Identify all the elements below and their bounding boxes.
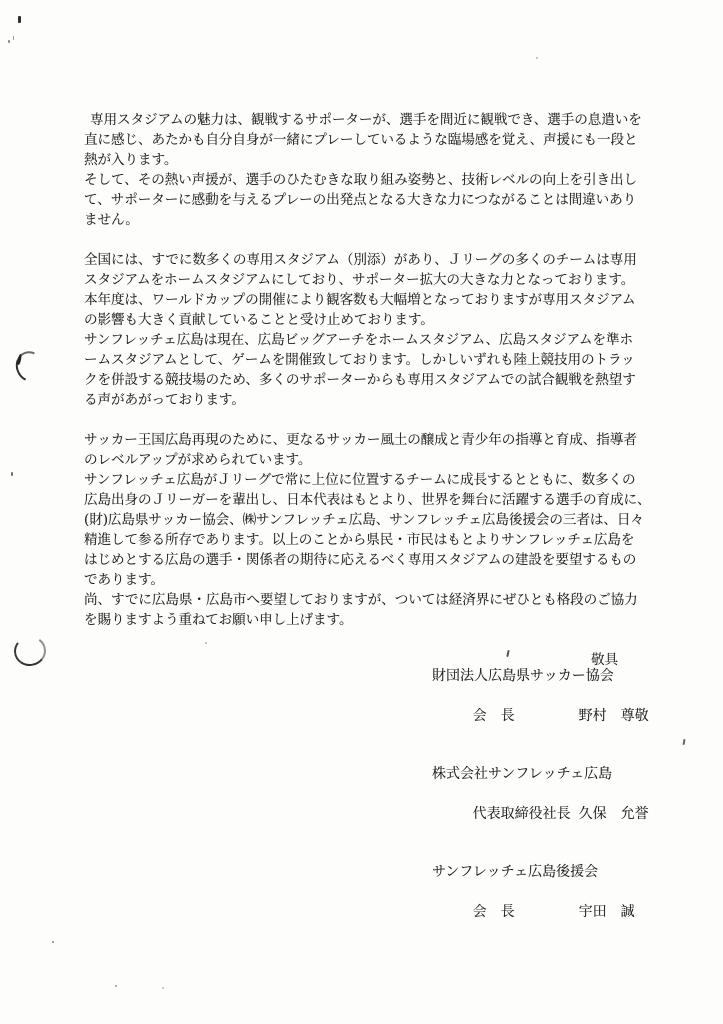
signature-organization: 株式会社サンフレッチェ広島 bbox=[432, 764, 649, 784]
punch-hole-mark-bottom bbox=[12, 634, 48, 668]
signature-name: 宇田 誠 bbox=[579, 904, 635, 920]
signature-sanfrecce-company: 株式会社サンフレッチェ広島 代表取締役社長久保 允誉 bbox=[432, 764, 649, 844]
signature-supporters-club: サンフレッチェ広島後援会 会 長宇田 誠 bbox=[432, 862, 649, 942]
paragraph-stadium-request: サッカー王国広島再現のために、更なるサッカー風土の醸成と青少年の指導と育成、指導… bbox=[84, 430, 654, 630]
signature-football-association: 財団法人広島県サッカー協会 会 長野村 尊敬 bbox=[432, 666, 649, 746]
scan-speck bbox=[8, 40, 10, 43]
scan-speck bbox=[13, 36, 14, 40]
scan-speck bbox=[11, 472, 13, 476]
scan-speck bbox=[682, 739, 685, 745]
signature-title: 代表取締役社長 bbox=[468, 804, 579, 824]
signature-name: 久保 允誉 bbox=[579, 806, 649, 822]
paragraph-stadium-appeal: 専用スタジアムの魅力は、観戦するサポーターが、選手を間近に観戦でき、選手の息遣い… bbox=[84, 110, 654, 230]
scan-speck bbox=[115, 985, 117, 987]
letter-body: 専用スタジアムの魅力は、観戦するサポーターが、選手を間近に観戦でき、選手の息遣い… bbox=[84, 110, 654, 670]
signature-title: 会 長 bbox=[468, 902, 579, 922]
signature-row: 会 長宇田 誠 bbox=[432, 882, 649, 942]
scan-speck bbox=[162, 987, 164, 989]
paragraph-nationwide-stadiums: 全国には、すでに数多くの専用スタジアム（別添）があり、Ｊリーグの多くのチームは専… bbox=[84, 250, 654, 410]
punch-hole-mark-top bbox=[11, 347, 49, 386]
signature-organization: サンフレッチェ広島後援会 bbox=[432, 862, 649, 882]
signature-row: 代表取締役社長久保 允誉 bbox=[432, 784, 649, 844]
signature-row: 会 長野村 尊敬 bbox=[432, 686, 649, 746]
scan-speck bbox=[536, 57, 538, 59]
signature-title: 会 長 bbox=[468, 706, 579, 726]
scan-speck bbox=[52, 941, 54, 943]
signature-name: 野村 尊敬 bbox=[579, 708, 649, 724]
scan-speck bbox=[18, 16, 21, 23]
signature-block: 財団法人広島県サッカー協会 会 長野村 尊敬 株式会社サンフレッチェ広島 代表取… bbox=[432, 666, 649, 960]
scanned-letter-page: 専用スタジアムの魅力は、観戦するサポーターが、選手を間近に観戦でき、選手の息遣い… bbox=[0, 0, 723, 1024]
signature-organization: 財団法人広島県サッカー協会 bbox=[432, 666, 649, 686]
